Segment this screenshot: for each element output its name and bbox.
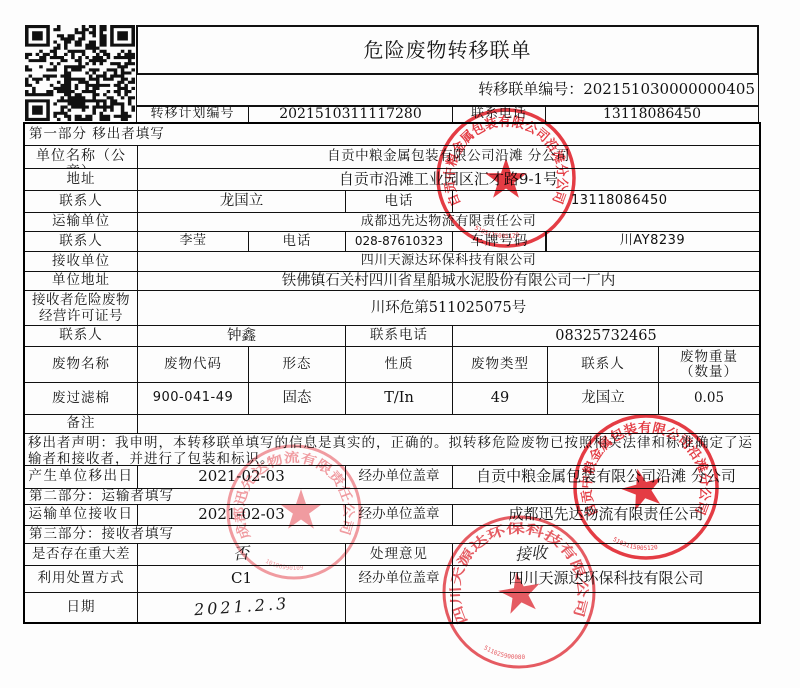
remarks-label: 备注	[24, 414, 138, 434]
generator-address-label: 地址	[24, 168, 138, 191]
disposal-method-label: 利用处置方式	[24, 565, 138, 593]
receiver-contact: 钟鑫	[137, 325, 346, 347]
transporter-seal-unit: 成都迅先达物流有限责任公司	[452, 504, 760, 526]
receive-date-label: 日期	[24, 592, 138, 623]
part1-heading: 第一部分 移出者填写	[24, 123, 760, 146]
transport-receive-date-label: 运输单位接收日	[24, 504, 138, 526]
contact-phone-label: 联系电话	[452, 105, 546, 124]
manifest-number-row: 转移联单编号： 202151030000000405	[136, 73, 759, 107]
receiver-name: 四川天源达环保科技有限公司	[137, 251, 760, 272]
generator-address: 自贡市沿滩工业园区汇才路9-1号	[137, 168, 760, 191]
receiver-license: 川环危第511025075号	[137, 290, 760, 326]
generator-phone-label: 电话	[345, 190, 453, 213]
plan-number-label: 转移计划编号	[136, 105, 249, 124]
waste-row-form: 固态	[248, 382, 346, 415]
discrepancy-handwriting: 否	[233, 545, 250, 564]
discrepancy-label: 是否存在重大差	[24, 543, 138, 566]
receive-date-handwriting: 2021.2.3	[193, 595, 289, 620]
waste-header-code: 废物代码	[137, 346, 249, 383]
ship-date: 2021-02-03	[137, 465, 346, 489]
waste-header-type: 废物类型	[452, 346, 548, 383]
remarks-value	[137, 414, 760, 434]
waste-row-code: 900-041-49	[137, 382, 249, 415]
svg-text:511025900080: 511025900080	[482, 644, 525, 661]
generator-seal-unit: 自贡中粮金属包装有限公司沿滩 分公司	[452, 465, 760, 489]
handling-opinion-handwriting: 接收	[514, 544, 547, 565]
qr-code	[25, 25, 135, 121]
generator-contact: 龙国立	[137, 190, 346, 213]
empty-cell	[345, 592, 453, 623]
receiver-name-label: 接收单位	[24, 251, 138, 272]
generator-declaration: 移出者声明：我申明，本转移联单填写的信息是真实的，正确的。拟转移危险废物已按照相…	[24, 433, 760, 466]
generator-name-label: 单位名称（公章）	[24, 145, 138, 169]
receiver-address-label: 单位地址	[24, 271, 138, 291]
waste-header-weight: 废物重量（数量）	[658, 346, 760, 383]
receiver-contact-label: 联系人	[24, 325, 138, 347]
plan-number: 2021510311117280	[248, 105, 453, 124]
manifest-number-label: 转移联单编号：	[478, 81, 583, 98]
transporter-name-label: 运输单位	[24, 212, 138, 232]
transporter-contact: 李莹	[137, 231, 249, 252]
transport-receive-date: 2021-02-03	[137, 504, 346, 526]
transporter-phone-label: 电话	[248, 231, 346, 252]
license-label-line-2: 经营许可证号	[39, 308, 123, 324]
ship-date-label: 产生单位移出日	[24, 465, 138, 489]
empty-cell	[452, 592, 760, 623]
receiver-seal-label: 经办单位盖章	[345, 565, 453, 593]
waste-header-name: 废物名称	[24, 346, 138, 383]
license-label-line-1: 接收者危险废物	[32, 292, 130, 308]
manifest-number: 202151030000000405	[583, 81, 755, 98]
transporter-seal-label: 经办单位盖章	[345, 504, 453, 526]
contact-phone: 13118086450	[545, 105, 759, 124]
waste-row-type: 49	[452, 382, 548, 415]
part3-heading: 第三部分：接收者填写	[24, 525, 760, 544]
waste-header-form: 形态	[248, 346, 346, 383]
part2-heading: 第二部分：运输者填写	[24, 488, 760, 505]
receiver-license-label: 接收者危险废物 经营许可证号	[24, 290, 138, 326]
transporter-phone: 028-87610323	[345, 231, 453, 252]
transporter-name: 成都迅先达物流有限责任公司	[137, 212, 760, 232]
generator-phone: 13118086450	[452, 190, 760, 213]
waste-row-weight: 0.05	[658, 382, 760, 415]
vehicle-plate: 川AY8239	[545, 231, 760, 252]
discrepancy-value: 否	[137, 543, 346, 566]
generator-seal-label: 经办单位盖章	[345, 465, 453, 489]
receiver-seal-unit: 四川天源达环保科技有限公司	[452, 565, 760, 593]
waste-row-name: 废过滤棉	[24, 382, 138, 415]
transporter-contact-label: 联系人	[24, 231, 138, 252]
generator-name: 自贡中粮金属包装有限公司沿滩 分公司	[137, 145, 760, 169]
vehicle-plate-label: 车牌号码	[452, 231, 547, 252]
waste-row-property: T/In	[345, 382, 453, 415]
handling-opinion-value: 接收	[452, 543, 760, 566]
receiver-phone-label: 联系电话	[345, 325, 453, 347]
disposal-method: C1	[137, 565, 346, 593]
handling-opinion-label: 处理意见	[345, 543, 453, 566]
waste-header-property: 性质	[345, 346, 453, 383]
document-title: 危险废物转移联单	[136, 25, 759, 75]
receiver-address: 铁佛镇石关村四川省星船城水泥股份有限公司一厂内	[137, 271, 760, 291]
waste-header-contact: 联系人	[547, 346, 659, 383]
generator-contact-label: 联系人	[24, 190, 138, 213]
receiver-phone: 08325732465	[452, 325, 760, 347]
receive-date-value: 2021.2.3	[137, 592, 346, 623]
waste-row-contact: 龙国立	[547, 382, 659, 415]
hazardous-waste-manifest: 危险废物转移联单 转移联单编号： 202151030000000405 转移计划…	[0, 0, 800, 688]
